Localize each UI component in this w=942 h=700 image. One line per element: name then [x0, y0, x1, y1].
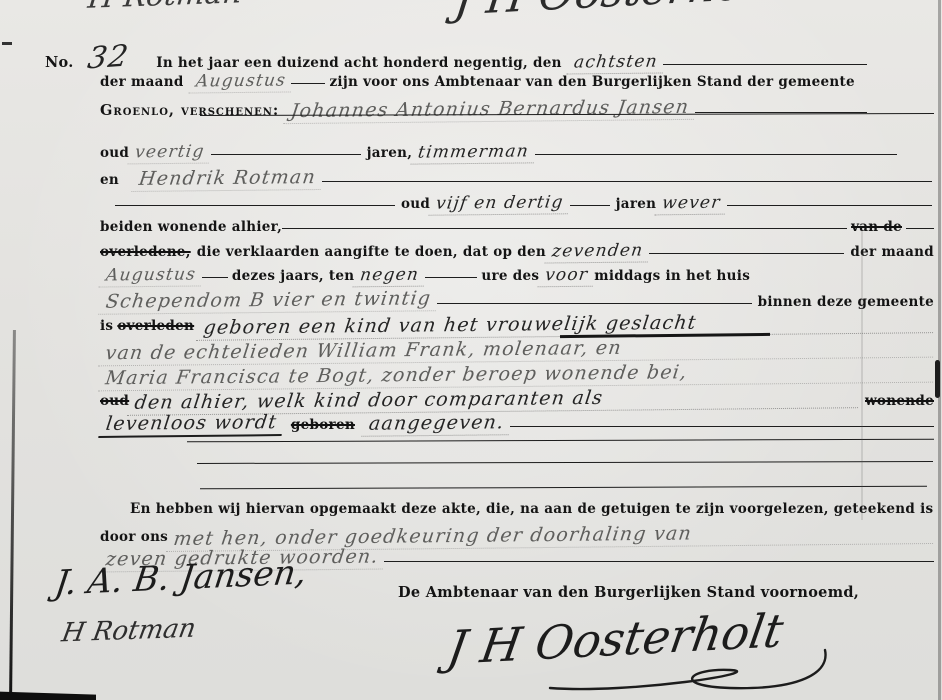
line-age-occupation-2: oud vijf en dertig jaren wever — [115, 193, 932, 215]
line-closing-2: door ons met hen, onder goedkeuring der … — [100, 524, 934, 548]
printed-door-ons: door ons — [100, 529, 168, 545]
scan-edge-bottom-left — [0, 688, 96, 700]
rule-fill — [291, 69, 325, 84]
previous-act-signature-right: J H Oosterholt — [452, 0, 778, 26]
signature-declarant1: J. A. B. Jansen, — [52, 552, 309, 603]
rule-fill — [510, 412, 934, 427]
rule-fill — [695, 98, 867, 113]
printed-struck-geboren: geboren — [291, 417, 355, 433]
document-scan: H Rotman J H Oosterholt No. 32 In het ja… — [0, 0, 942, 700]
printed-struck-oud: oud — [100, 393, 129, 409]
handwritten-age-2: vijf en dertig — [429, 192, 572, 215]
rule-fill — [211, 140, 361, 155]
line-birth-statement: is overleden geboren een kind van het vr… — [100, 313, 934, 337]
scan-edge-right — [938, 0, 941, 700]
printed-is: is — [100, 318, 113, 334]
rule-fill — [437, 289, 752, 304]
rule-fill — [322, 167, 932, 182]
handwritten-levenloos-wordt: levenloos wordt — [98, 411, 284, 438]
line-residence: beiden wonende alhier, van de — [100, 216, 934, 235]
printed-struck-van-de: van de — [851, 219, 902, 235]
printed-year-text: In het jaar een duizend acht honderd neg… — [156, 55, 562, 71]
official-caption: De Ambtenaar van den Burgerlijken Stand … — [398, 584, 859, 601]
printed-closing: En hebben wij hiervan opgemaakt deze akt… — [130, 501, 933, 517]
line-month-time: Augustus dezes jaars, ten negen ure des … — [100, 265, 934, 287]
line-month-official: der maand Augustus zijn voor ons Ambtena… — [100, 71, 932, 93]
line-age-occupation-1: oud veertig jaren, timmerman — [100, 142, 897, 164]
scan-edge-left — [9, 330, 16, 700]
line-declarant2: en Hendrik Rotman — [100, 167, 932, 191]
printed-gemeente-name: Groenlo, verschenen: — [100, 102, 279, 119]
printed-der-maand: der maand — [100, 74, 184, 90]
rule-fill — [570, 191, 610, 206]
printed-ure-des: ure des — [481, 268, 539, 284]
line-declarant1: Groenlo, verschenen: Johannes Antonius B… — [100, 98, 867, 122]
line-closing-1: En hebben wij hiervan opgemaakt deze akt… — [130, 501, 930, 517]
printed-oud-2: oud — [401, 196, 430, 212]
act-number-label: No. — [45, 54, 74, 71]
blank-rule — [187, 439, 934, 443]
line-parents-mother: Maria Francisca te Bogt, zonder beroep w… — [100, 363, 934, 387]
rule-fill — [663, 50, 867, 65]
handwritten-house-address: Schependom B vier en twintig — [98, 287, 438, 315]
handwritten-occupation-2: wever — [655, 193, 728, 216]
printed-jaren-2: jaren — [616, 196, 657, 212]
printed-struck-overleden: overleden — [117, 318, 194, 334]
line-kind-door-comparanten: oud den alhier, welk kind door comparant… — [100, 388, 934, 412]
signature-flourish — [430, 648, 850, 698]
blank-rule — [200, 486, 927, 490]
line-levenloos: levenloos wordt geboren aangegeven. — [100, 412, 934, 437]
line-parents-father: van de echtelieden William Frank, molena… — [100, 338, 934, 362]
rule-fill — [535, 140, 897, 155]
signature-declarant2: H Rotman — [59, 614, 198, 649]
line-declaration-day: overledene, die verklaarden aangifte te … — [100, 241, 934, 263]
rule-fill — [425, 263, 477, 278]
handwritten-occupation-1: timmerman — [411, 141, 537, 164]
previous-act-signature-left: H Rotman — [86, 0, 244, 16]
printed-beiden-wonende: beiden wonende alhier, — [100, 219, 282, 235]
handwritten-hour: negen — [353, 265, 427, 288]
printed-struck-wonende: wonende — [865, 393, 934, 409]
printed-binnen-gemeente: binnen deze gemeente — [758, 294, 934, 310]
handwritten-day-of-event: zevenden — [545, 240, 651, 263]
handwritten-month-2: Augustus — [98, 264, 203, 287]
printed-oud: oud — [100, 145, 129, 161]
scan-speck — [2, 42, 12, 45]
printed-middags: middags in het huis — [594, 268, 750, 284]
line-house-address: Schependom B vier en twintig binnen deze… — [100, 289, 934, 313]
printed-ambtenaar-text: zijn voor ons Ambtenaar van den Burgerli… — [329, 74, 854, 90]
rule-fill — [202, 263, 228, 278]
handwritten-aangegeven: aangegeven. — [361, 411, 512, 437]
printed-official-caption: De Ambtenaar van den Burgerlijken Stand … — [398, 584, 859, 601]
rule-fill — [649, 239, 844, 254]
printed-dezes-jaars: dezes jaars, ten — [232, 268, 355, 284]
blank-rule — [197, 461, 933, 464]
rule-fill — [115, 191, 395, 206]
handwritten-declarant2-name: Hendrik Rotman — [131, 166, 323, 192]
rule-fill — [906, 214, 934, 229]
handwritten-age-1: veertig — [128, 142, 212, 165]
printed-jaren: jaren, — [367, 145, 413, 161]
handwritten-voor: voor — [538, 265, 596, 288]
printed-verklaarden: die verklaarden aangifte te doen, dat op… — [197, 244, 546, 260]
handwritten-declarant1-name: Johannes Antonius Bernardus Jansen — [283, 96, 697, 124]
rule-fill — [282, 214, 847, 229]
paper-crease — [861, 230, 863, 520]
scan-blot-right — [935, 360, 940, 398]
printed-struck-overledene: overledene, — [100, 244, 191, 260]
rule-fill — [384, 547, 934, 562]
handwritten-month: Augustus — [188, 70, 293, 93]
printed-en: en — [100, 172, 119, 188]
rule-fill — [727, 191, 932, 206]
